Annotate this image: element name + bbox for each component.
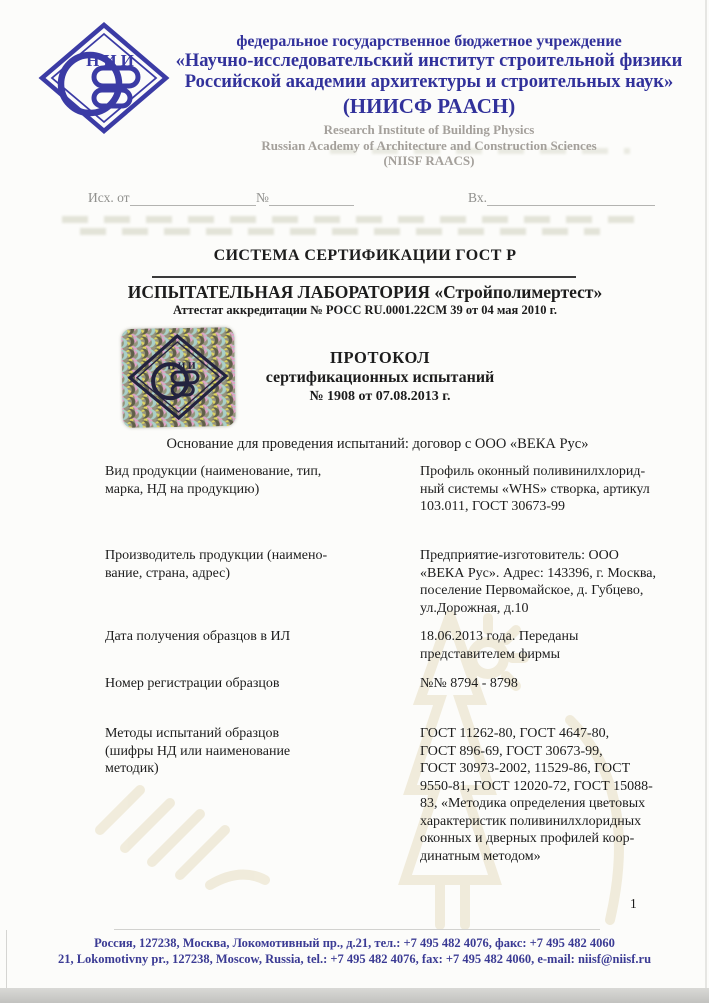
protocol-number: № 1908 от 07.08.2013 г. — [230, 388, 530, 406]
number-label: № — [256, 190, 269, 206]
divider-rule — [152, 276, 576, 278]
field-label: Методы испытаний образцов (шифры НД или … — [105, 725, 420, 865]
field-row: Вид продукции (наименование, тип, марка,… — [105, 463, 661, 547]
footer-address-ru: Россия, 127238, Москва, Локомотивный пр.… — [0, 935, 709, 951]
protocol-heading: ПРОТОКОЛ сертификационных испытаний № 19… — [230, 348, 530, 406]
field-label: Номер регистрации образцов — [105, 675, 420, 725]
org-name-line1: «Научно-исследовательский институт строи… — [168, 51, 690, 72]
field-label: Вид продукции (наименование, тип, марка,… — [105, 463, 420, 547]
svg-text:НИИ: НИИ — [167, 361, 198, 373]
protocol-title: ПРОТОКОЛ — [230, 348, 530, 368]
blank-line — [487, 191, 655, 206]
fields-table: Вид продукции (наименование, тип, марка,… — [105, 463, 661, 865]
field-value: 18.06.2013 года. Переданы представителем… — [420, 628, 661, 675]
bleedthrough-text — [62, 216, 637, 223]
field-row: Методы испытаний образцов (шифры НД или … — [105, 725, 661, 865]
cert-system-title: СИСТЕМА СЕРТИФИКАЦИИ ГОСТ Р — [110, 247, 620, 265]
field-label: Дата получения образцов в ИЛ — [105, 628, 420, 675]
field-row: Производитель продукции (наимено- вание,… — [105, 547, 661, 628]
incoming-field: Вх. — [468, 190, 655, 206]
field-row: Номер регистрации образцов №№ 8794 - 879… — [105, 675, 661, 725]
svg-text:НИИ: НИИ — [86, 51, 138, 70]
org-abbreviation: (НИИСФ РААСН) — [168, 94, 690, 118]
field-value: Предприятие-изготовитель: ООО «ВЕКА Рус»… — [420, 547, 661, 628]
field-row: Дата получения образцов в ИЛ 18.06.2013 … — [105, 628, 661, 675]
org-type-line: федеральное государственное бюджетное уч… — [168, 32, 690, 51]
field-value: Профиль оконный поливинилхлорид- ный сис… — [420, 463, 661, 547]
footer-rule — [114, 929, 600, 930]
number-field: № — [256, 190, 354, 206]
hologram-sticker-icon: НИИ — [121, 327, 236, 428]
basis-line: Основание для проведения испытаний: дого… — [110, 436, 645, 453]
niisf-logo-icon: НИИ — [38, 22, 170, 134]
org-name-en-line2: Russian Academy of Architecture and Cons… — [168, 138, 690, 154]
incoming-label: Вх. — [468, 190, 487, 206]
scan-edge — [705, 0, 707, 988]
field-value: ГОСТ 11262-80, ГОСТ 4647-80, ГОСТ 896-69… — [420, 725, 661, 865]
footer-address-en: 21, Lokomotivny pr., 127238, Moscow, Rus… — [0, 951, 709, 967]
protocol-subtitle: сертификационных испытаний — [230, 368, 530, 388]
scan-edge — [0, 988, 709, 1003]
blank-line — [130, 191, 256, 206]
field-value: №№ 8794 - 8798 — [420, 675, 661, 725]
bleedthrough-text — [80, 228, 600, 235]
outgoing-label: Исх. от — [88, 190, 130, 206]
field-label: Производитель продукции (наимено- вание,… — [105, 547, 420, 628]
org-name-line2: Российской академии архитектуры и строит… — [168, 72, 690, 93]
scan-edge — [6, 930, 7, 988]
org-name-en-line1: Research Institute of Building Physics — [168, 122, 690, 138]
reference-line: Исх. от № Вх. — [0, 190, 709, 208]
org-abbreviation-en: (NIISF RAACS) — [168, 153, 690, 169]
blank-line — [269, 191, 354, 206]
document-page: НИИ федеральное государственное бюджетно… — [0, 0, 709, 1003]
outgoing-field: Исх. от — [88, 190, 256, 206]
footer: Россия, 127238, Москва, Локомотивный пр.… — [0, 935, 709, 967]
letterhead: федеральное государственное бюджетное уч… — [168, 32, 690, 169]
page-number: 1 — [630, 896, 637, 912]
lab-title: ИСПЫТАТЕЛЬНАЯ ЛАБОРАТОРИЯ «Стройполимерт… — [90, 282, 640, 303]
accreditation-line: Аттестат аккредитации № РОСС RU.0001.22С… — [110, 303, 620, 318]
